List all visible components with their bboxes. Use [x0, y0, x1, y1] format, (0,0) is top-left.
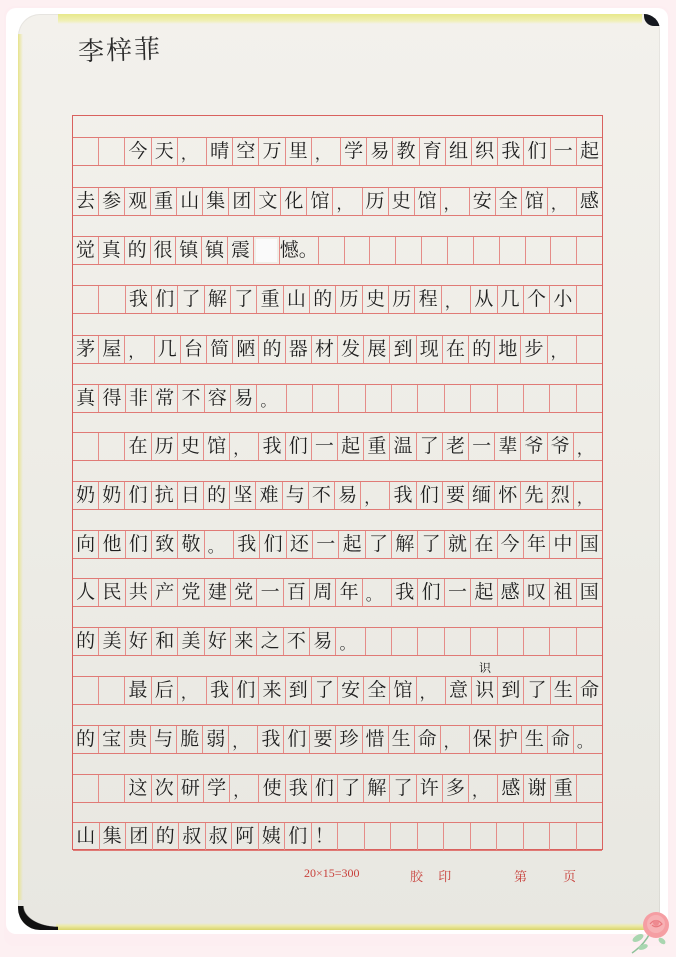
grid-cell: 重	[257, 286, 283, 313]
writing-grid: 今天，晴空万里，学易教育组织我们一起去参观重山集团文化馆，历史馆，安全馆，感觉真…	[72, 115, 603, 850]
grid-cell: 真	[73, 385, 99, 412]
grid-cell: 憾。	[280, 237, 319, 264]
grid-cell: 们	[418, 579, 444, 606]
grid-cell: 宝	[99, 726, 125, 753]
grid-cell: 人	[73, 579, 99, 606]
grid-cell: ，	[442, 286, 471, 313]
grid-cell: 镇	[176, 237, 202, 264]
grid-cell: 爷	[548, 433, 574, 460]
grid-cell: 不	[178, 385, 204, 412]
grid-cell	[551, 237, 577, 264]
grid-cell: 他	[99, 531, 125, 558]
grid-cell: 次	[152, 775, 178, 802]
grid-cell: 民	[99, 579, 125, 606]
grid-cell: 我	[498, 138, 524, 165]
grid-cell: 感	[577, 188, 602, 215]
grid-cell: 弱	[203, 726, 229, 753]
grid-cell: 个	[524, 286, 550, 313]
grid-cell: 。	[205, 531, 234, 558]
grid-cell: 们	[260, 531, 286, 558]
grid-cell: 安	[470, 188, 496, 215]
grid-cell	[73, 433, 99, 460]
grid-cell: 多	[443, 775, 469, 802]
grid-cell	[577, 775, 602, 802]
grid-cell: 集	[203, 188, 229, 215]
grid-cell: 生	[389, 726, 415, 753]
grid-cell: 器	[286, 336, 312, 363]
grid-cell: 的	[73, 628, 99, 655]
grid-cell: 参	[99, 188, 125, 215]
grid-cell: 怀	[495, 482, 521, 509]
corner-shadow	[18, 906, 58, 930]
grid-cell: 解	[364, 775, 390, 802]
grid-cell	[73, 286, 99, 313]
grid-cell: 历	[336, 286, 362, 313]
grid-cell: 化	[281, 188, 307, 215]
grid-cell: 馆	[522, 188, 548, 215]
grid-cell: 脆	[177, 726, 203, 753]
grid-cell: 震	[228, 237, 254, 264]
grid-cell: 到	[498, 677, 524, 704]
grid-cell	[550, 823, 577, 850]
grid-cell: 起	[471, 579, 497, 606]
grid-cell: 一	[257, 579, 283, 606]
grid-cell	[99, 775, 125, 802]
grid-cell: 到	[286, 677, 312, 704]
grid-cell: 了	[178, 286, 204, 313]
grid-cell	[73, 677, 99, 704]
grid-cell: 后	[152, 677, 178, 704]
grid-cell: 了	[231, 286, 257, 313]
grid-cell: 步	[521, 336, 547, 363]
grid-cell	[550, 385, 576, 412]
grid-cell: 来	[259, 677, 285, 704]
grid-spec-label: 20×15=300	[304, 866, 360, 881]
grid-cell: 们	[285, 823, 312, 850]
grid-cell	[287, 385, 313, 412]
grid-cell: 好	[205, 628, 231, 655]
grid-cell	[319, 237, 345, 264]
grid-cell: 叔	[206, 823, 233, 850]
grid-cell: ！	[312, 823, 339, 850]
grid-cell	[392, 628, 418, 655]
grid-cell: 辈	[495, 433, 521, 460]
grid-cell: 保	[470, 726, 496, 753]
grid-cell: ，	[574, 482, 602, 509]
grid-cell: 叹	[524, 579, 550, 606]
grid-cell: 史	[363, 286, 389, 313]
grid-cell: 共	[126, 579, 152, 606]
grid-cell: 们	[284, 726, 310, 753]
grid-cell	[338, 823, 365, 850]
grid-cell: 里	[286, 138, 312, 165]
grid-cell: 的	[469, 336, 495, 363]
grid-cell: 叔	[179, 823, 206, 850]
grid-cell: 常	[152, 385, 178, 412]
grid-cell: 了	[312, 677, 338, 704]
grid-cell	[550, 628, 576, 655]
grid-row: 最后，我们来到了安全馆，意识识到了生命	[73, 676, 602, 705]
grid-cell: 一	[551, 138, 577, 165]
grid-cell: 不	[284, 628, 310, 655]
grid-cell	[577, 237, 602, 264]
grid-cell	[500, 237, 526, 264]
grid-cell: 非	[126, 385, 152, 412]
grid-cell	[577, 336, 602, 363]
grid-cell: 意	[446, 677, 472, 704]
grid-cell: 了	[390, 775, 416, 802]
grid-cell: 学	[204, 775, 230, 802]
grid-cell	[526, 237, 552, 264]
paper-edge-bottom	[56, 923, 660, 930]
grid-cell	[497, 823, 524, 850]
grid-cell: 了	[417, 433, 443, 460]
grid-cell: 难	[256, 482, 282, 509]
grid-cell: 奶	[73, 482, 99, 509]
grid-cell: 材	[312, 336, 338, 363]
grid-cell: 我	[126, 286, 152, 313]
grid-cell: 敬	[178, 531, 204, 558]
grid-cell: 祖	[550, 579, 576, 606]
grid-cell: ，	[178, 677, 207, 704]
grid-cell	[418, 385, 444, 412]
grid-cell: 之	[257, 628, 283, 655]
grid-cell: 的	[153, 823, 180, 850]
grid-row: 向他们致敬。我们还一起了解了就在今年中国	[73, 530, 602, 559]
grid-cell: 观	[125, 188, 151, 215]
grid-cell: 育	[420, 138, 446, 165]
grid-cell: 贵	[125, 726, 151, 753]
grid-cell	[498, 385, 524, 412]
grid-cell: 馆	[307, 188, 333, 215]
grid-cell: 易	[231, 385, 257, 412]
grid-cell: 建	[205, 579, 231, 606]
grid-cell: 去	[73, 188, 99, 215]
grid-cell: 万	[259, 138, 285, 165]
grid-cell: ，	[574, 433, 602, 460]
grid-cell	[471, 823, 498, 850]
grid-cell: 要	[310, 726, 336, 753]
grid-cell: ，	[178, 138, 207, 165]
grid-cell: 易	[310, 628, 336, 655]
grid-cell: 美	[99, 628, 125, 655]
grid-cell: 易	[367, 138, 393, 165]
grid-cell: ，	[125, 336, 154, 363]
grid-cell: 们	[233, 677, 259, 704]
grid-cell: 很	[151, 237, 177, 264]
grid-cell	[345, 237, 371, 264]
grid-cell: 坚	[230, 482, 256, 509]
grid-cell: 研	[178, 775, 204, 802]
grid-cell: ，	[548, 336, 577, 363]
grid-cell: 起	[339, 531, 365, 558]
grid-cell: 组	[446, 138, 472, 165]
grid-cell: 织	[472, 138, 498, 165]
grid-cell: 们	[125, 482, 151, 509]
grid-row: 的宝贵与脆弱，我们要珍惜生命，保护生命。	[73, 725, 602, 754]
grid-cell: 起	[577, 138, 602, 165]
grid-cell: 生	[522, 726, 548, 753]
grid-cell	[73, 138, 99, 165]
grid-cell: 好	[126, 628, 152, 655]
grid-cell: 我	[286, 775, 312, 802]
grid-cell: ，	[417, 677, 446, 704]
grid-cell: 最	[125, 677, 151, 704]
grid-cell	[445, 385, 471, 412]
grid-cell: 温	[390, 433, 416, 460]
grid-cell: 屋	[99, 336, 125, 363]
grid-cell: 。	[336, 628, 365, 655]
grid-cell	[396, 237, 422, 264]
grid-cell: 易	[335, 482, 361, 509]
paper-edge-left	[18, 34, 23, 900]
grid-cell: 护	[496, 726, 522, 753]
grid-cell: 年	[524, 531, 550, 558]
grid-cell: 茅	[73, 336, 99, 363]
grid-cell: 得	[99, 385, 125, 412]
grid-cell: 了	[418, 531, 444, 558]
grid-cell: 了	[524, 677, 550, 704]
grid-cell	[99, 138, 125, 165]
grid-cell: 还	[287, 531, 313, 558]
grid-cell: 们	[152, 286, 178, 313]
grid-cell	[577, 385, 602, 412]
grid-cell: ，	[441, 188, 470, 215]
grid-cell: 们	[312, 775, 338, 802]
grid-cell	[577, 286, 602, 313]
grid-cell: 在	[471, 531, 497, 558]
grid-cell: 们	[524, 138, 550, 165]
grid-cell: 爷	[521, 433, 547, 460]
grid-cell: 与	[283, 482, 309, 509]
grid-cell: 国	[577, 579, 602, 606]
correction-note: 识	[479, 662, 491, 674]
grid-row: 我们了解了重山的历史历程，从几个小	[73, 285, 602, 314]
grid-cell: 解	[392, 531, 418, 558]
grid-cell: 几	[498, 286, 524, 313]
grid-cell: 不	[309, 482, 335, 509]
grid-cell	[448, 237, 474, 264]
grid-cell: ，	[229, 726, 258, 753]
grid-cell: 天	[152, 138, 178, 165]
grid-cell: 美	[178, 628, 204, 655]
grid-cell: 台	[181, 336, 207, 363]
grid-cell: 的	[73, 726, 99, 753]
grid-cell: 晴	[207, 138, 233, 165]
grid-cell	[365, 823, 392, 850]
page-label-prefix: 第	[514, 866, 527, 885]
grid-cell: ，	[469, 775, 498, 802]
grid-cell: 与	[151, 726, 177, 753]
grid-cell: ，	[361, 482, 390, 509]
grid-cell: ，	[312, 138, 341, 165]
grid-cell: 几	[155, 336, 181, 363]
grid-cell	[422, 237, 448, 264]
grid-cell	[444, 823, 471, 850]
grid-row: 山集团的叔叔阿姨们！	[73, 822, 602, 851]
grid-row: 奶奶们抗日的坚难与不易，我们要缅怀先烈，	[73, 481, 602, 510]
rose-icon	[626, 905, 672, 955]
grid-row: 去参观重山集团文化馆，历史馆，安全馆，感	[73, 187, 602, 216]
grid-cell: 党	[178, 579, 204, 606]
grid-cell: 们	[286, 433, 312, 460]
grid-cell: 史	[178, 433, 204, 460]
grid-row: 茅屋，几台简陋的器材发展到现在的地步，	[73, 335, 602, 364]
grid-cell: 陋	[233, 336, 259, 363]
grid-cell: 的	[204, 482, 230, 509]
grid-row: 这次研学，使我们了解了许多，感谢重	[73, 774, 602, 803]
grid-cell: 教	[393, 138, 419, 165]
grid-cell: ，	[230, 775, 259, 802]
grid-cell: 山	[73, 823, 100, 850]
grid-cell: 们	[126, 531, 152, 558]
grid-cell: 从	[471, 286, 497, 313]
grid-cell: 我	[234, 531, 260, 558]
grid-cell: 馆	[415, 188, 441, 215]
grid-cell: 起	[338, 433, 364, 460]
grid-cell	[339, 385, 365, 412]
grid-cell	[471, 385, 497, 412]
grid-cell: 的	[310, 286, 336, 313]
grid-cell: 历	[363, 188, 389, 215]
grid-cell: 觉	[73, 237, 99, 264]
grid-cell	[254, 237, 280, 264]
grid-cell: 老	[443, 433, 469, 460]
grid-cell	[498, 628, 524, 655]
grid-cell: 我	[392, 579, 418, 606]
grid-cell	[418, 628, 444, 655]
grid-cell: 向	[73, 531, 99, 558]
grid-cell	[471, 628, 497, 655]
grid-cell: 缅	[469, 482, 495, 509]
grid-cell: 生	[551, 677, 577, 704]
grid-cell: 全	[496, 188, 522, 215]
grid-cell: 简	[207, 336, 233, 363]
grid-cell: 阿	[232, 823, 259, 850]
grid-row: 今天，晴空万里，学易教育组织我们一起	[73, 137, 602, 166]
grid-cell: 一	[313, 531, 339, 558]
grid-cell: 到	[390, 336, 416, 363]
grid-row: 的美好和美好来之不易。	[73, 627, 602, 656]
grid-cell: 的	[125, 237, 151, 264]
grid-row: 人民共产党建党一百周年。我们一起感叹祖国	[73, 578, 602, 607]
grid-cell: 解	[205, 286, 231, 313]
grid-cell: 年	[336, 579, 362, 606]
grid-row: 在历史馆，我们一起重温了老一辈爷爷，	[73, 432, 602, 461]
grid-cell	[524, 823, 551, 850]
grid-cell: 容	[205, 385, 231, 412]
grid-cell: 历	[152, 433, 178, 460]
grid-row: 觉真的很镇镇震憾。	[73, 236, 602, 265]
grid-cell: 馆	[204, 433, 230, 460]
grid-cell: ，	[333, 188, 362, 215]
grid-cell	[366, 628, 392, 655]
grid-cell	[474, 237, 500, 264]
grid-cell: 空	[233, 138, 259, 165]
grid-cell: 真	[99, 237, 125, 264]
grid-cell: 谢	[524, 775, 550, 802]
grid-cell: 展	[364, 336, 390, 363]
grid-cell: 在	[443, 336, 469, 363]
grid-cell: 奶	[99, 482, 125, 509]
grid-cell	[577, 823, 603, 850]
grid-cell: 程	[415, 286, 441, 313]
grid-cell: 安	[338, 677, 364, 704]
grid-cell: 我	[390, 482, 416, 509]
grid-cell	[392, 385, 418, 412]
grid-cell: 抗	[152, 482, 178, 509]
grid-cell: 团	[126, 823, 153, 850]
grid-cell: 日	[178, 482, 204, 509]
grid-cell: 今	[125, 138, 151, 165]
grid-cell: 在	[125, 433, 151, 460]
grid-cell: 的	[259, 336, 285, 363]
grid-cell: 馆	[390, 677, 416, 704]
grid-cell: 就	[445, 531, 471, 558]
grid-cell: ，	[441, 726, 470, 753]
grid-cell	[99, 286, 125, 313]
grid-cell: 。	[363, 579, 392, 606]
grid-cell: 这	[125, 775, 151, 802]
grid-cell: 了	[338, 775, 364, 802]
paper-edge-top	[58, 14, 642, 24]
grid-cell	[418, 823, 445, 850]
grid-cell: 和	[152, 628, 178, 655]
grid-cell: 重	[364, 433, 390, 460]
grid-cell: 命	[548, 726, 574, 753]
grid-cell: 山	[284, 286, 310, 313]
grid-cell: 全	[364, 677, 390, 704]
grid-cell: 小	[550, 286, 576, 313]
grid-cell	[73, 775, 99, 802]
grid-cell: 重	[551, 775, 577, 802]
grid-cell	[99, 677, 125, 704]
grid-cell: 地	[495, 336, 521, 363]
grid-cell: 史	[389, 188, 415, 215]
grid-cell: 们	[417, 482, 443, 509]
grid-cell: 致	[152, 531, 178, 558]
grid-cell: 使	[259, 775, 285, 802]
grid-cell	[99, 433, 125, 460]
grid-cell: 感	[498, 579, 524, 606]
grid-cell: ，	[230, 433, 259, 460]
grid-cell: 发	[338, 336, 364, 363]
grid-cell: 一	[445, 579, 471, 606]
grid-cell: 今	[498, 531, 524, 558]
corner-shadow	[644, 14, 660, 26]
grid-cell: 一	[312, 433, 338, 460]
grid-cell	[391, 823, 418, 850]
grid-cell: 我	[258, 726, 284, 753]
grid-cell	[524, 385, 550, 412]
grid-cell: 惜	[363, 726, 389, 753]
grid-cell: 党	[231, 579, 257, 606]
print-label: 胶 印	[410, 866, 457, 885]
grid-cell: 感	[498, 775, 524, 802]
grid-cell: 百	[284, 579, 310, 606]
grid-cell: 一	[469, 433, 495, 460]
grid-row: 真得非常不容易。	[73, 384, 602, 413]
grid-cell: 历	[389, 286, 415, 313]
grid-cell: 珍	[336, 726, 362, 753]
grid-cell: 命	[415, 726, 441, 753]
grid-cell: 了	[366, 531, 392, 558]
grid-cell: 先	[521, 482, 547, 509]
grid-cell: 团	[229, 188, 255, 215]
grid-cell: 。	[257, 385, 286, 412]
grid-cell	[524, 628, 550, 655]
grid-cell: 。	[574, 726, 602, 753]
